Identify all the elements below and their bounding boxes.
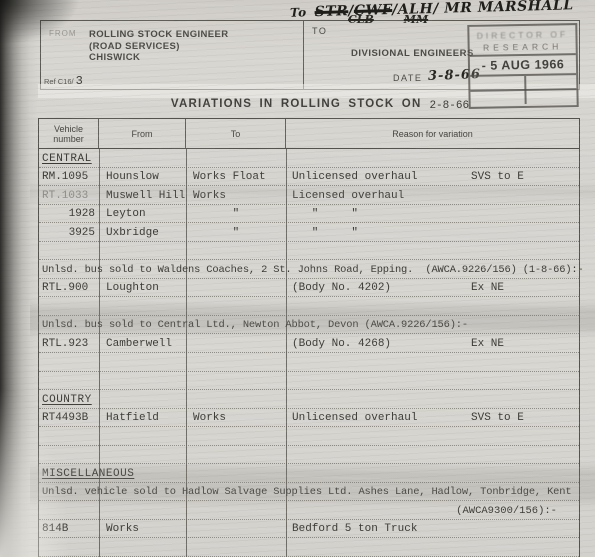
header-divider (303, 21, 304, 89)
from-label: FROM (49, 29, 77, 38)
variations-table: Vehicle number From To Reason for variat… (38, 118, 580, 557)
stamp-office: DIRECTOR OF RESEARCH (469, 25, 576, 57)
to-label: TO (312, 26, 327, 36)
sender-location: CHISWICK (89, 52, 229, 64)
table-row (39, 242, 579, 261)
reason-text: Unlicensed overhaul (286, 412, 471, 424)
table-row: (AWCA9300/156):- (39, 501, 579, 520)
vehicle-number-cell: RTL.900 (39, 282, 99, 294)
reason-cell: Bedford 5 ton Truck (286, 523, 579, 535)
stamp-grid-vline (524, 76, 526, 104)
table-row: RT.1033Muswell HillWorksLicensed overhau… (39, 186, 579, 205)
routing-struck-initials: STR (314, 3, 348, 20)
routing-prefix: To (290, 5, 307, 19)
column-header-to: To (186, 119, 286, 148)
sender-block: ROLLING STOCK ENGINEER (ROAD SERVICES) C… (89, 29, 229, 64)
scanned-document: ToSTR/CWF/ALH/ MR MARSHALL CLBMM FROM RO… (0, 0, 595, 557)
scan-edge-shadow (0, 0, 38, 557)
table-row: Unlsd. bus sold to Central Ltd., Newton … (39, 316, 579, 335)
vehicle-number-cell: 814B (39, 523, 99, 535)
ref-value: 3 (76, 74, 83, 88)
table-header-row: Vehicle number From To Reason for variat… (39, 119, 579, 149)
table-row: Unlsd. vehicle sold to Hadlow Salvage Su… (39, 483, 579, 502)
title-date: 2-8-66 (429, 100, 469, 112)
table-row: 3925Uxbridge " " " (39, 223, 579, 242)
reference-line: Ref C16/3 (44, 74, 83, 88)
spanning-note: Unlsd. bus sold to Waldens Coaches, 2 St… (39, 264, 584, 276)
column-header-reason: Reason for variation (286, 119, 579, 148)
table-row: Unlsd. bus sold to Waldens Coaches, 2 St… (39, 260, 579, 279)
table-row: RT4493BHatfieldWorksUnlicensed overhaulS… (39, 409, 579, 428)
note-text: Ex NE (471, 282, 504, 294)
reason-text: " " (286, 208, 471, 220)
table-row (39, 446, 579, 465)
vehicle-number-cell: RM.1095 (39, 171, 99, 183)
table-row: COUNTRY (39, 390, 579, 409)
reason-cell: (Body No. 4202)Ex NE (286, 282, 579, 294)
spanning-note: Unlsd. bus sold to Central Ltd., Newton … (39, 319, 468, 331)
spanning-note: Unlsd. vehicle sold to Hadlow Salvage Su… (39, 486, 571, 498)
ref-label: Ref C16/ (44, 77, 74, 86)
column-header-vehicle: Vehicle number (39, 119, 99, 148)
vehicle-number-cell: RT.1033 (39, 190, 99, 202)
to-cell: " (186, 227, 286, 239)
column-header-line: Vehicle (39, 124, 98, 134)
vehicle-number-cell: 3925 (39, 227, 99, 239)
from-cell: Hounslow (99, 171, 186, 183)
from-cell: Hatfield (99, 412, 186, 424)
reason-cell: Unlicensed overhaulSVS to E (286, 171, 579, 183)
from-cell: Camberwell (99, 338, 186, 350)
to-cell: Works Float (186, 171, 286, 183)
from-cell: Leyton (99, 208, 186, 220)
routing-note: CLB (348, 13, 374, 26)
stamp-grid (470, 75, 576, 105)
table-row (39, 372, 579, 391)
from-cell: Works (99, 523, 186, 535)
stamp-date: - 5 AUG 1966 (470, 55, 576, 77)
table-row (39, 353, 579, 372)
table-row: RM.1095HounslowWorks FloatUnlicensed ove… (39, 168, 579, 187)
to-cell: Works (186, 190, 286, 202)
column-header-from: From (99, 119, 186, 148)
table-row: MISCELLANEOUS (39, 464, 579, 483)
column-header-line: number (39, 134, 98, 144)
from-cell: Loughton (99, 282, 186, 294)
reason-cell: " " (286, 227, 579, 239)
sender-name: ROLLING STOCK ENGINEER (89, 29, 229, 41)
routing-name: MR MARSHALL (444, 0, 574, 17)
note-text: Ex NE (471, 338, 504, 350)
from-cell: Muswell Hill (99, 190, 186, 202)
note-text: SVS to E (471, 412, 524, 424)
spanning-note-right: (AWCA9300/156):- (39, 505, 579, 517)
to-cell: Works (186, 412, 286, 424)
from-cell: Uxbridge (99, 227, 186, 239)
routing-note: MM (404, 13, 428, 26)
table-row (39, 297, 579, 316)
reason-text: Bedford 5 ton Truck (286, 523, 471, 535)
table-row: RTL.900Loughton(Body No. 4202)Ex NE (39, 279, 579, 298)
note-text: SVS to E (471, 171, 524, 183)
section-heading: MISCELLANEOUS (39, 468, 134, 480)
date-label: DATE (393, 73, 422, 83)
reason-cell: " " (286, 208, 579, 220)
vehicle-number-cell: 1928 (39, 208, 99, 220)
table-row: 814BWorksBedford 5 ton Truck (39, 520, 579, 539)
handwritten-routing-notes: CLBMM (348, 13, 458, 26)
reason-cell: Licensed overhaul (286, 190, 579, 202)
sender-dept: (ROAD SERVICES) (89, 41, 229, 53)
reason-text: " " (286, 227, 471, 239)
stamp-line2: RESEARCH (470, 40, 576, 54)
reason-text: Unlicensed overhaul (286, 171, 471, 183)
table-body: CENTRALRM.1095HounslowWorks FloatUnlicen… (39, 149, 579, 557)
received-stamp: DIRECTOR OF RESEARCH - 5 AUG 1966 (467, 23, 578, 109)
title-text: VARIATIONS IN ROLLING STOCK ON (171, 98, 422, 110)
table-row: 1928Leyton " " " (39, 205, 579, 224)
reason-text: (Body No. 4202) (286, 282, 471, 294)
table-row: CENTRAL (39, 149, 579, 168)
reason-cell: Unlicensed overhaulSVS to E (286, 412, 579, 424)
to-cell: " (186, 208, 286, 220)
vehicle-number-cell: RT4493B (39, 412, 99, 424)
recipient-name: DIVISIONAL ENGINEERS (351, 48, 474, 59)
table-row (39, 538, 579, 557)
section-heading: COUNTRY (39, 394, 92, 406)
section-heading: CENTRAL (39, 153, 92, 165)
reason-cell: (Body No. 4268)Ex NE (286, 338, 579, 350)
reason-text: Licensed overhaul (286, 190, 471, 202)
table-row (39, 427, 579, 446)
vehicle-number-cell: RTL.923 (39, 338, 99, 350)
table-row: RTL.923Camberwell(Body No. 4268)Ex NE (39, 334, 579, 353)
reason-text: (Body No. 4268) (286, 338, 471, 350)
